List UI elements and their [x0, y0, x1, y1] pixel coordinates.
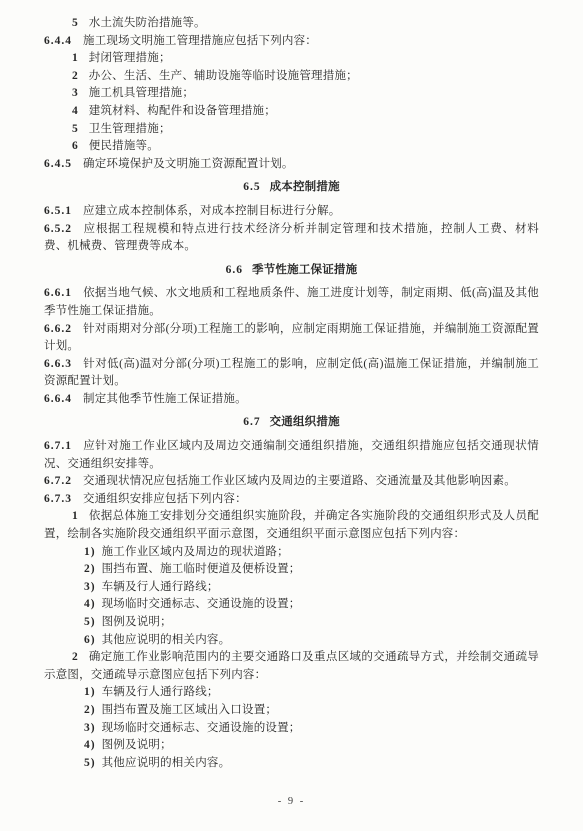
paragraph-text: 应针对施工作业区域内及周边交通编制交通组织措施，交通组织措施应包括交通现状情况、…	[44, 440, 539, 470]
item-number: 3)	[84, 722, 96, 734]
section-number: 6.6	[226, 264, 243, 276]
paragraph-text: 应根据工程规模和特点进行技术经济分析并制定管理和技术措施，控制人工费、材料费、机…	[44, 223, 539, 253]
item-number: 2)	[84, 563, 96, 575]
paragraph-text: 卫生管理措施；	[89, 123, 171, 135]
paragraph-text: 确定环境保护及文明施工资源配置计划。	[83, 158, 294, 170]
item-number: 6	[72, 140, 79, 152]
paragraph-text: 现场临时交通标志、交通设施的设置；	[102, 722, 301, 734]
item-number: 6.4.4	[44, 35, 72, 47]
item-number: 2	[72, 70, 79, 82]
sub-list-item: 2)围挡布置及施工区域出入口设置；	[44, 702, 539, 720]
paragraph-text: 便民措施等。	[89, 140, 159, 152]
paragraph-text: 交通现状情况应包括施工作业区域内及周边的主要道路、交通流量及其他影响因素。	[83, 475, 516, 487]
item-number: 5	[72, 17, 79, 29]
sub-list-item: 4)现场临时交通标志、交通设施的设置；	[44, 596, 539, 614]
list-item: 6便民措施等。	[44, 138, 539, 156]
section-number: 6.7	[243, 416, 260, 428]
item-number: 6.6.2	[44, 323, 72, 335]
sub-list-item: 5)其他应说明的相关内容。	[44, 755, 539, 773]
item-number: 1	[72, 52, 79, 64]
paragraph-text: 封闭管理措施；	[89, 52, 171, 64]
item-number: 6.7.2	[44, 475, 72, 487]
clause-paragraph: 6.6.3针对低(高)温对分部(分项)工程施工的影响，应制定低(高)温施工保证措…	[44, 356, 539, 391]
clause-paragraph: 6.6.2针对雨期对分部(分项)工程施工的影响，应制定雨期施工保证措施，并编制施…	[44, 321, 539, 356]
section-heading: 6.6季节性施工保证措施	[44, 262, 539, 280]
item-number: 6.4.5	[44, 158, 72, 170]
item-number: 2	[72, 651, 79, 663]
document-content: 5水土流失防治措施等。6.4.4施工现场文明施工管理措施应包括下列内容：1封闭管…	[44, 15, 539, 772]
paragraph-text: 围挡布置、施工临时便道及便桥设置；	[102, 563, 301, 575]
section-title: 交通组织措施	[270, 416, 340, 428]
item-number: 6.5.1	[44, 205, 72, 217]
paragraph-text: 交通组织安排应包括下列内容：	[83, 493, 247, 505]
sub-list-item: 1)施工作业区域内及周边的现状道路；	[44, 544, 539, 562]
paragraph-text: 车辆及行人通行路线；	[102, 581, 219, 593]
paragraph-text: 车辆及行人通行路线；	[102, 686, 219, 698]
sub-list-item: 2)围挡布置、施工临时便道及便桥设置；	[44, 561, 539, 579]
clause-paragraph: 6.4.4施工现场文明施工管理措施应包括下列内容：	[44, 33, 539, 51]
item-number: 3)	[84, 581, 96, 593]
item-number: 6.7.3	[44, 493, 72, 505]
item-number: 4)	[84, 598, 96, 610]
document-page: 5水土流失防治措施等。6.4.4施工现场文明施工管理措施应包括下列内容：1封闭管…	[0, 0, 583, 831]
item-number: 3	[72, 87, 79, 99]
item-number: 6.6.3	[44, 358, 72, 370]
paragraph-text: 其他应说明的相关内容。	[102, 757, 231, 769]
item-number: 1	[72, 510, 79, 522]
section-number: 6.5	[243, 181, 260, 193]
paragraph-text: 图例及说明；	[102, 616, 172, 628]
clause-paragraph: 6.5.1应建立成本控制体系，对成本控制目标进行分解。	[44, 203, 539, 221]
paragraph-text: 施工机具管理措施；	[89, 87, 194, 99]
page-number: - 9 -	[0, 796, 583, 807]
paragraph-text: 其他应说明的相关内容。	[102, 634, 231, 646]
item-number: 6)	[84, 634, 96, 646]
item-number: 6.7.1	[44, 440, 72, 452]
section-title: 季节性施工保证措施	[252, 264, 357, 276]
clause-paragraph: 6.4.5确定环境保护及文明施工资源配置计划。	[44, 156, 539, 174]
clause-paragraph: 6.6.4制定其他季节性施工保证措施。	[44, 391, 539, 409]
paragraph-text: 确定施工作业影响范围内的主要交通路口及重点区域的交通疏导方式，并绘制交通疏导示意…	[44, 651, 539, 681]
paragraph-text: 办公、生活、生产、辅助设施等临时设施管理措施；	[89, 70, 358, 82]
paragraph-text: 图例及说明；	[102, 739, 172, 751]
list-item: 5水土流失防治措施等。	[44, 15, 539, 33]
sub-list-item: 6)其他应说明的相关内容。	[44, 632, 539, 650]
item-number: 6.5.2	[44, 223, 72, 235]
paragraph-text: 应建立成本控制体系，对成本控制目标进行分解。	[83, 205, 340, 217]
list-item: 5卫生管理措施；	[44, 121, 539, 139]
item-number: 4)	[84, 739, 96, 751]
list-item: 1依据总体施工安排划分交通组织实施阶段，并确定各实施阶段的交通组织形式及人员配置…	[44, 508, 539, 543]
item-number: 1)	[84, 686, 96, 698]
clause-paragraph: 6.7.3交通组织安排应包括下列内容：	[44, 491, 539, 509]
sub-list-item: 1)车辆及行人通行路线；	[44, 684, 539, 702]
paragraph-text: 围挡布置及施工区域出入口设置；	[102, 704, 278, 716]
item-number: 4	[72, 105, 79, 117]
sub-list-item: 3)车辆及行人通行路线；	[44, 579, 539, 597]
sub-list-item: 5)图例及说明；	[44, 614, 539, 632]
list-item: 3施工机具管理措施；	[44, 85, 539, 103]
paragraph-text: 施工作业区域内及周边的现状道路；	[102, 546, 289, 558]
section-heading: 6.5成本控制措施	[44, 179, 539, 197]
clause-paragraph: 6.7.1应针对施工作业区域内及周边交通编制交通组织措施，交通组织措施应包括交通…	[44, 438, 539, 473]
paragraph-text: 制定其他季节性施工保证措施。	[83, 393, 247, 405]
paragraph-text: 水土流失防治措施等。	[89, 17, 206, 29]
sub-list-item: 4)图例及说明；	[44, 737, 539, 755]
paragraph-text: 依据总体施工安排划分交通组织实施阶段，并确定各实施阶段的交通组织形式及人员配置，…	[44, 510, 539, 540]
list-item: 2办公、生活、生产、辅助设施等临时设施管理措施；	[44, 68, 539, 86]
paragraph-text: 现场临时交通标志、交通设施的设置；	[102, 598, 301, 610]
item-number: 1)	[84, 546, 96, 558]
item-number: 6.6.4	[44, 393, 72, 405]
clause-paragraph: 6.7.2交通现状情况应包括施工作业区域内及周边的主要道路、交通流量及其他影响因…	[44, 473, 539, 491]
paragraph-text: 施工现场文明施工管理措施应包括下列内容：	[83, 35, 317, 47]
section-heading: 6.7交通组织措施	[44, 414, 539, 432]
item-number: 2)	[84, 704, 96, 716]
clause-paragraph: 6.6.1依据当地气候、水文地质和工程地质条件、施工进度计划等，制定雨期、低(高…	[44, 285, 539, 320]
section-title: 成本控制措施	[270, 181, 340, 193]
item-number: 5	[72, 123, 79, 135]
item-number: 6.6.1	[44, 287, 72, 299]
item-number: 5)	[84, 616, 96, 628]
list-item: 2确定施工作业影响范围内的主要交通路口及重点区域的交通疏导方式，并绘制交通疏导示…	[44, 649, 539, 684]
list-item: 4建筑材料、构配件和设备管理措施；	[44, 103, 539, 121]
clause-paragraph: 6.5.2应根据工程规模和特点进行技术经济分析并制定管理和技术措施，控制人工费、…	[44, 221, 539, 256]
paragraph-text: 针对低(高)温对分部(分项)工程施工的影响，应制定低(高)温施工保证措施，并编制…	[44, 358, 539, 388]
list-item: 1封闭管理措施；	[44, 50, 539, 68]
paragraph-text: 针对雨期对分部(分项)工程施工的影响，应制定雨期施工保证措施，并编制施工资源配置…	[44, 323, 539, 353]
sub-list-item: 3)现场临时交通标志、交通设施的设置；	[44, 720, 539, 738]
paragraph-text: 建筑材料、构配件和设备管理措施；	[89, 105, 276, 117]
item-number: 5)	[84, 757, 96, 769]
paragraph-text: 依据当地气候、水文地质和工程地质条件、施工进度计划等，制定雨期、低(高)温及其他…	[44, 287, 539, 317]
